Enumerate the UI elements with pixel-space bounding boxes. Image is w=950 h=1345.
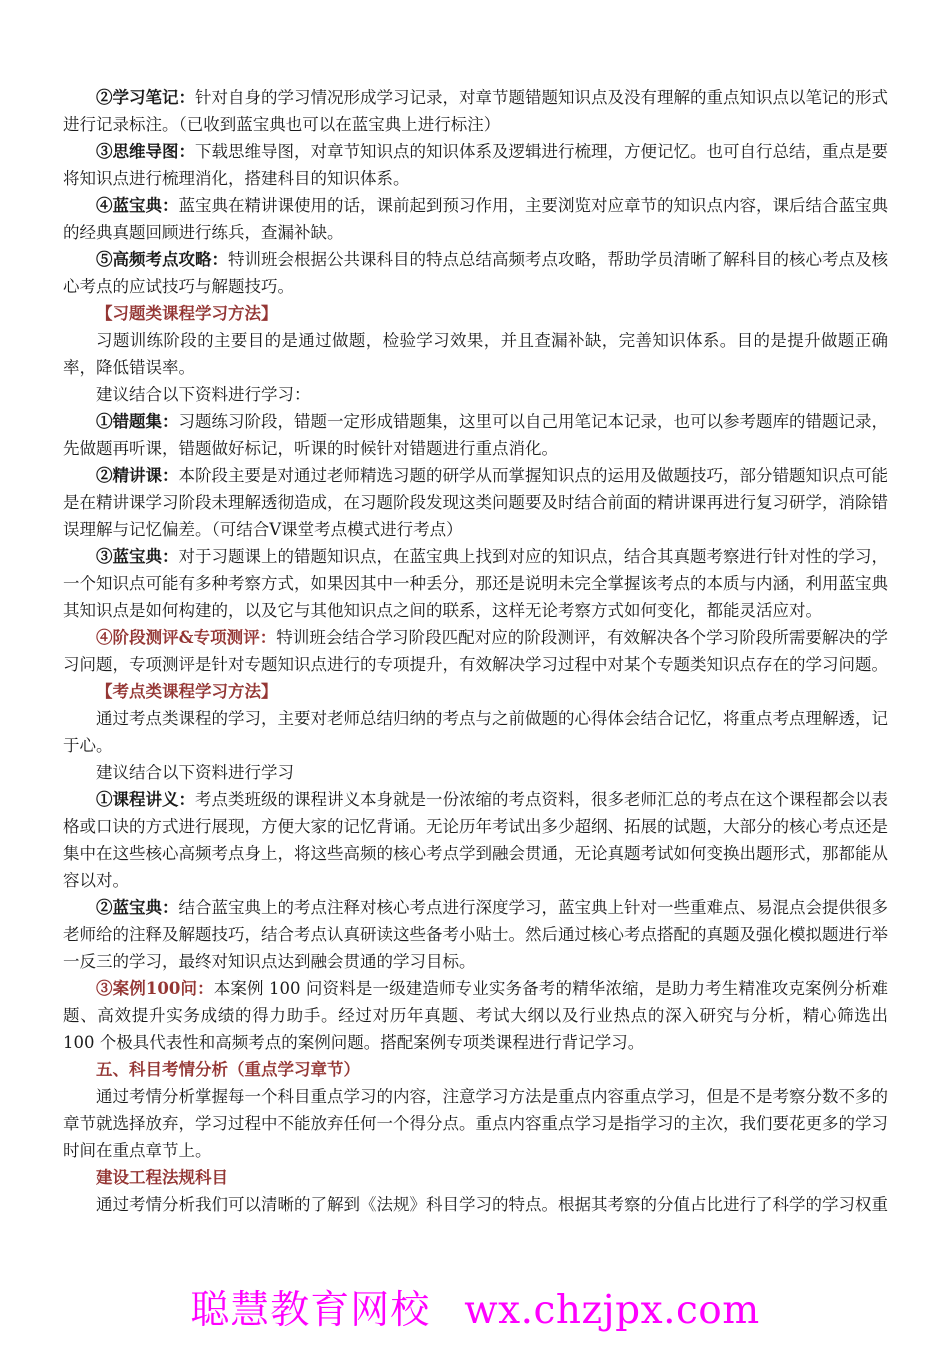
paragraph: 习题训练阶段的主要目的是通过做题，检验学习效果，并且查漏补缺，完善知识体系。目的… <box>63 327 888 381</box>
section-heading: 五、科目考情分析（重点学习章节） <box>63 1056 888 1083</box>
paragraph: ①错题集：习题练习阶段，错题一定形成错题集，这里可以自己用笔记本记录，也可以参考… <box>63 408 888 462</box>
section-heading: 建设工程法规科目 <box>63 1164 888 1191</box>
paragraph-text: 习题练习阶段，错题一定形成错题集，这里可以自己用笔记本记录，也可以参考题库的错题… <box>63 412 888 458</box>
paragraph-label: ④阶段测评&专项测评： <box>96 628 276 647</box>
paragraph: ③蓝宝典：对于习题课上的错题知识点，在蓝宝典上找到对应的知识点，结合其真题考察进… <box>63 543 888 624</box>
heading-text: 【习题类课程学习方法】 <box>96 304 278 323</box>
section-heading: 【考点类课程学习方法】 <box>63 678 888 705</box>
paragraph: ④阶段测评&专项测评：特训班会结合学习阶段匹配对应的阶段测评，有效解决各个学习阶… <box>63 624 888 678</box>
paragraph: ②蓝宝典：结合蓝宝典上的考点注释对核心考点进行深度学习，蓝宝典上针对一些重难点、… <box>63 894 888 975</box>
paragraph-label: ②学习笔记： <box>96 88 195 107</box>
paragraph: ③思维导图：下载思维导图，对章节知识点的知识体系及逻辑进行梳理，方便记忆。也可自… <box>63 138 888 192</box>
footer-brand: 聪慧教育网校 <box>190 1288 430 1333</box>
paragraph: ③案例100问：本案例 100 问资料是一级建造师专业实务备考的精华浓缩，是助力… <box>63 975 888 1056</box>
heading-text: 建设工程法规科目 <box>96 1168 228 1187</box>
paragraph-text: 对于习题课上的错题知识点，在蓝宝典上找到对应的知识点，结合其真题考察进行针对性的… <box>63 547 888 620</box>
paragraph: ②精讲课：本阶段主要是对通过老师精选习题的研学从而掌握知识点的运用及做题技巧，部… <box>63 462 888 543</box>
paragraph-text: 通过考点类课程的学习，主要对老师总结归纳的考点与之前做题的心得体会结合记忆，将重… <box>63 709 888 755</box>
paragraph: ⑤高频考点攻略：特训班会根据公共课科目的特点总结高频考点攻略，帮助学员清晰了解科… <box>63 246 888 300</box>
heading-text: 【考点类课程学习方法】 <box>96 682 278 701</box>
paragraph: ①课程讲义：考点类班级的课程讲义本身就是一份浓缩的考点资料，很多老师汇总的考点在… <box>63 786 888 894</box>
paragraph: 通过考情分析我们可以清晰的了解到《法规》科目学习的特点。根据其考察的分值占比进行… <box>63 1191 888 1218</box>
paragraph-text: 本阶段主要是对通过老师精选习题的研学从而掌握知识点的运用及做题技巧，部分错题知识… <box>63 466 888 539</box>
paragraph: 通过考情分析掌握每一个科目重点学习的内容，注意学习方法是重点内容重点学习，但是不… <box>63 1083 888 1164</box>
paragraph-label: ①课程讲义： <box>96 790 195 809</box>
paragraph-label: ③蓝宝典： <box>96 547 179 566</box>
paragraph-text: 建议结合以下资料进行学习： <box>96 385 311 404</box>
paragraph: ④蓝宝典：蓝宝典在精讲课使用的话，课前起到预习作用，主要浏览对应章节的知识点内容… <box>63 192 888 246</box>
paragraph-label: ③思维导图： <box>96 142 195 161</box>
paragraph: 建议结合以下资料进行学习： <box>63 381 888 408</box>
paragraph-label: ③案例100问： <box>96 979 214 998</box>
paragraph-label: ⑤高频考点攻略： <box>96 250 228 269</box>
paragraph-text: 蓝宝典在精讲课使用的话，课前起到预习作用，主要浏览对应章节的知识点内容，课后结合… <box>63 196 888 242</box>
paragraph-text: 通过考情分析我们可以清晰的了解到《法规》科目学习的特点。根据其考察的分值占比进行… <box>96 1195 888 1214</box>
paragraph: ②学习笔记：针对自身的学习情况形成学习记录，对章节题错题知识点及没有理解的重点知… <box>63 84 888 138</box>
paragraph-label: ②精讲课： <box>96 466 179 485</box>
paragraph-label: ①错题集： <box>96 412 179 431</box>
paragraph: 通过考点类课程的学习，主要对老师总结归纳的考点与之前做题的心得体会结合记忆，将重… <box>63 705 888 759</box>
paragraph-text: 通过考情分析掌握每一个科目重点学习的内容，注意学习方法是重点内容重点学习，但是不… <box>63 1087 888 1160</box>
footer-watermark: 聪慧教育网校wx.chzjpx.com <box>0 1288 950 1334</box>
paragraph-label: ②蓝宝典： <box>96 898 179 917</box>
footer-url: wx.chzjpx.com <box>464 1288 760 1333</box>
paragraph-label: ④蓝宝典： <box>96 196 179 215</box>
heading-text: 五、科目考情分析（重点学习章节） <box>96 1060 360 1079</box>
section-heading: 【习题类课程学习方法】 <box>63 300 888 327</box>
paragraph: 建议结合以下资料进行学习 <box>63 759 888 786</box>
document-body: ②学习笔记：针对自身的学习情况形成学习记录，对章节题错题知识点及没有理解的重点知… <box>63 84 888 1218</box>
paragraph-text: 结合蓝宝典上的考点注释对核心考点进行深度学习，蓝宝典上针对一些重难点、易混点会提… <box>63 898 888 971</box>
paragraph-text: 建议结合以下资料进行学习 <box>96 763 294 782</box>
paragraph-text: 习题训练阶段的主要目的是通过做题，检验学习效果，并且查漏补缺，完善知识体系。目的… <box>63 331 888 377</box>
